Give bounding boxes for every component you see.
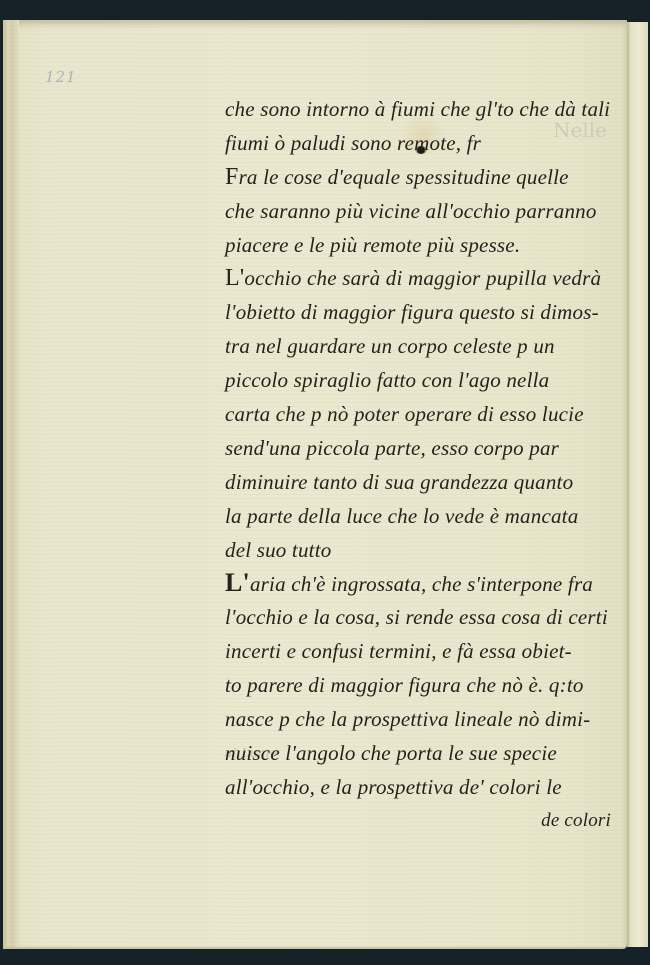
- folio-number: 121: [45, 68, 77, 86]
- text-line: piacere e le più remote più spesse.: [225, 228, 625, 262]
- text-line: to parere di maggior figura che nò è. q:…: [225, 668, 625, 702]
- handwritten-text-block: che sono intorno à fiumi che gl'to che d…: [225, 92, 625, 838]
- text-line: la parte della luce che lo vede è mancat…: [225, 499, 625, 533]
- text-line: l'obietto di maggior figura questo si di…: [225, 295, 625, 329]
- text-line: che saranno più vicine all'occhio parran…: [225, 194, 625, 228]
- text-line: del suo tutto: [225, 533, 625, 567]
- adjacent-page-edge: [627, 22, 648, 947]
- text-line: L'aria ch'è ingrossata, che s'interpone …: [225, 566, 625, 600]
- text-line: L'occhio che sarà di maggior pupilla ved…: [225, 261, 625, 295]
- text-line: nuisce l'angolo che porta le sue specie: [225, 736, 625, 770]
- text-line: l'occhio e la cosa, si rende essa cosa d…: [225, 600, 625, 634]
- text-line: all'occhio, e la prospettiva de' colori …: [225, 770, 625, 804]
- text-line: fiumi ò paludi sono remote, fr: [225, 126, 625, 160]
- text-line: che sono intorno à fiumi che gl'to che d…: [225, 92, 625, 126]
- text-line: nasce p che la prospettiva lineale nò di…: [225, 702, 625, 736]
- text-line: piccolo spiraglio fatto con l'ago nella: [225, 363, 625, 397]
- text-line: send'una piccola parte, esso corpo par: [225, 431, 625, 465]
- text-line: Fra le cose d'equale spessitudine quelle: [225, 160, 625, 194]
- manuscript-scan: 121 Nelle al.Lume che sono intorno à fiu…: [0, 0, 650, 965]
- text-line: carta che p nò poter operare di esso luc…: [225, 397, 625, 431]
- text-line: tra nel guardare un corpo celeste p un: [225, 329, 625, 363]
- text-line: diminuire tanto di sua grandezza quanto: [225, 465, 625, 499]
- manuscript-page: 121 Nelle al.Lume che sono intorno à fiu…: [3, 20, 627, 949]
- text-line: incerti e confusi termini, e fà essa obi…: [225, 634, 625, 668]
- catchword: de colori: [225, 804, 625, 838]
